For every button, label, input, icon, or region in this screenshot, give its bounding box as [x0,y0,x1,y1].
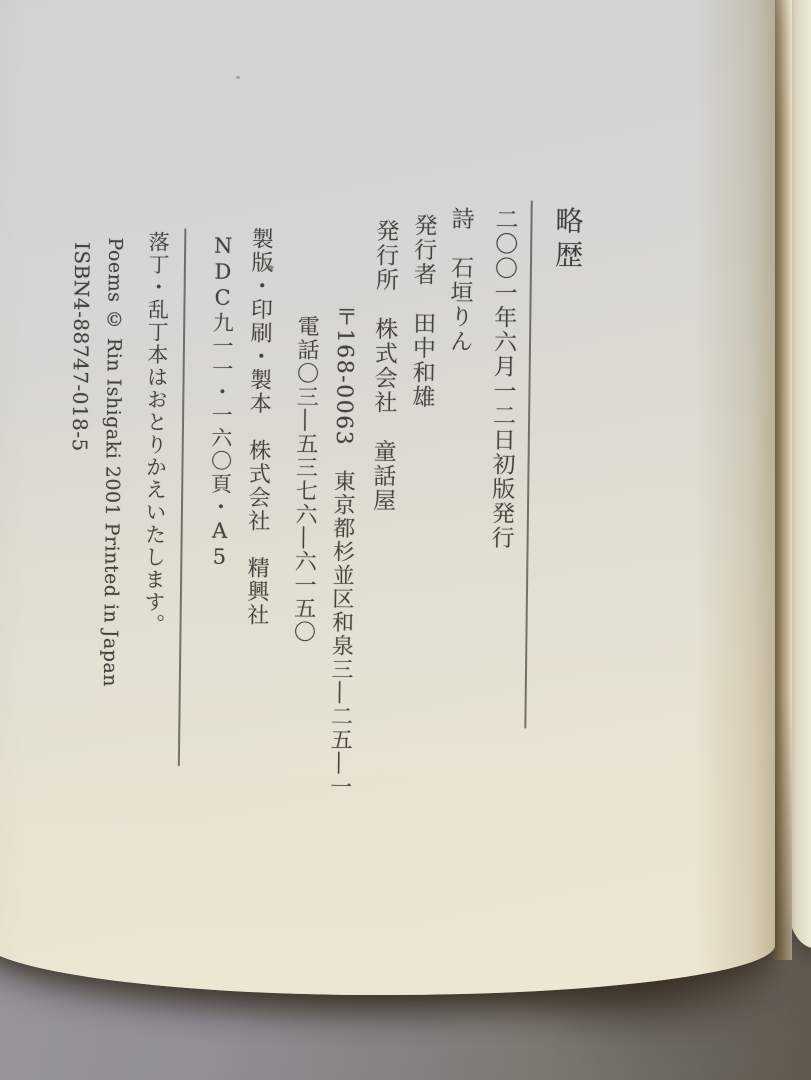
colophon-text-block: 略歴 二〇〇一年六月一二日初版発行 詩 石垣りん 発行者 田中和雄 発行所 株式… [46,185,599,832]
printing-line: 製版・印刷・製本 株式会社 精興社 [241,227,277,627]
isbn-line: ISBN4-88747-018-5 [68,242,95,452]
paper-speck [236,76,240,79]
publisher-line: 発行者 田中和雄 [405,213,440,409]
phone-line: 電話〇三―五三七六―六一五〇 [287,315,322,644]
column-rule-right [524,201,532,729]
address-line: 〒168-0063 東京都杉並区和泉三―二五―一 [323,305,360,799]
copyright-line: Poems © Rin Ishigaki 2001 Printed in Jap… [99,237,126,687]
column-rule-left [178,228,187,766]
book-title: 略歴 [547,206,588,274]
defective-copy-notice: 落丁・乱丁本はおとりかえいたします。 [138,231,173,636]
poet-credit-line: 詩 石垣りん [443,206,478,353]
edition-date-line: 二〇〇一年六月一二日初版発行 [484,207,521,550]
ndc-line: NDC九一一・一六〇頁・A5 [204,234,238,571]
book-colophon-photo: 略歴 二〇〇一年六月一二日初版発行 詩 石垣りん 発行者 田中和雄 発行所 株式… [0,0,811,1080]
publishing-house-line: 発行所 株式会社 童話屋 [366,219,403,513]
